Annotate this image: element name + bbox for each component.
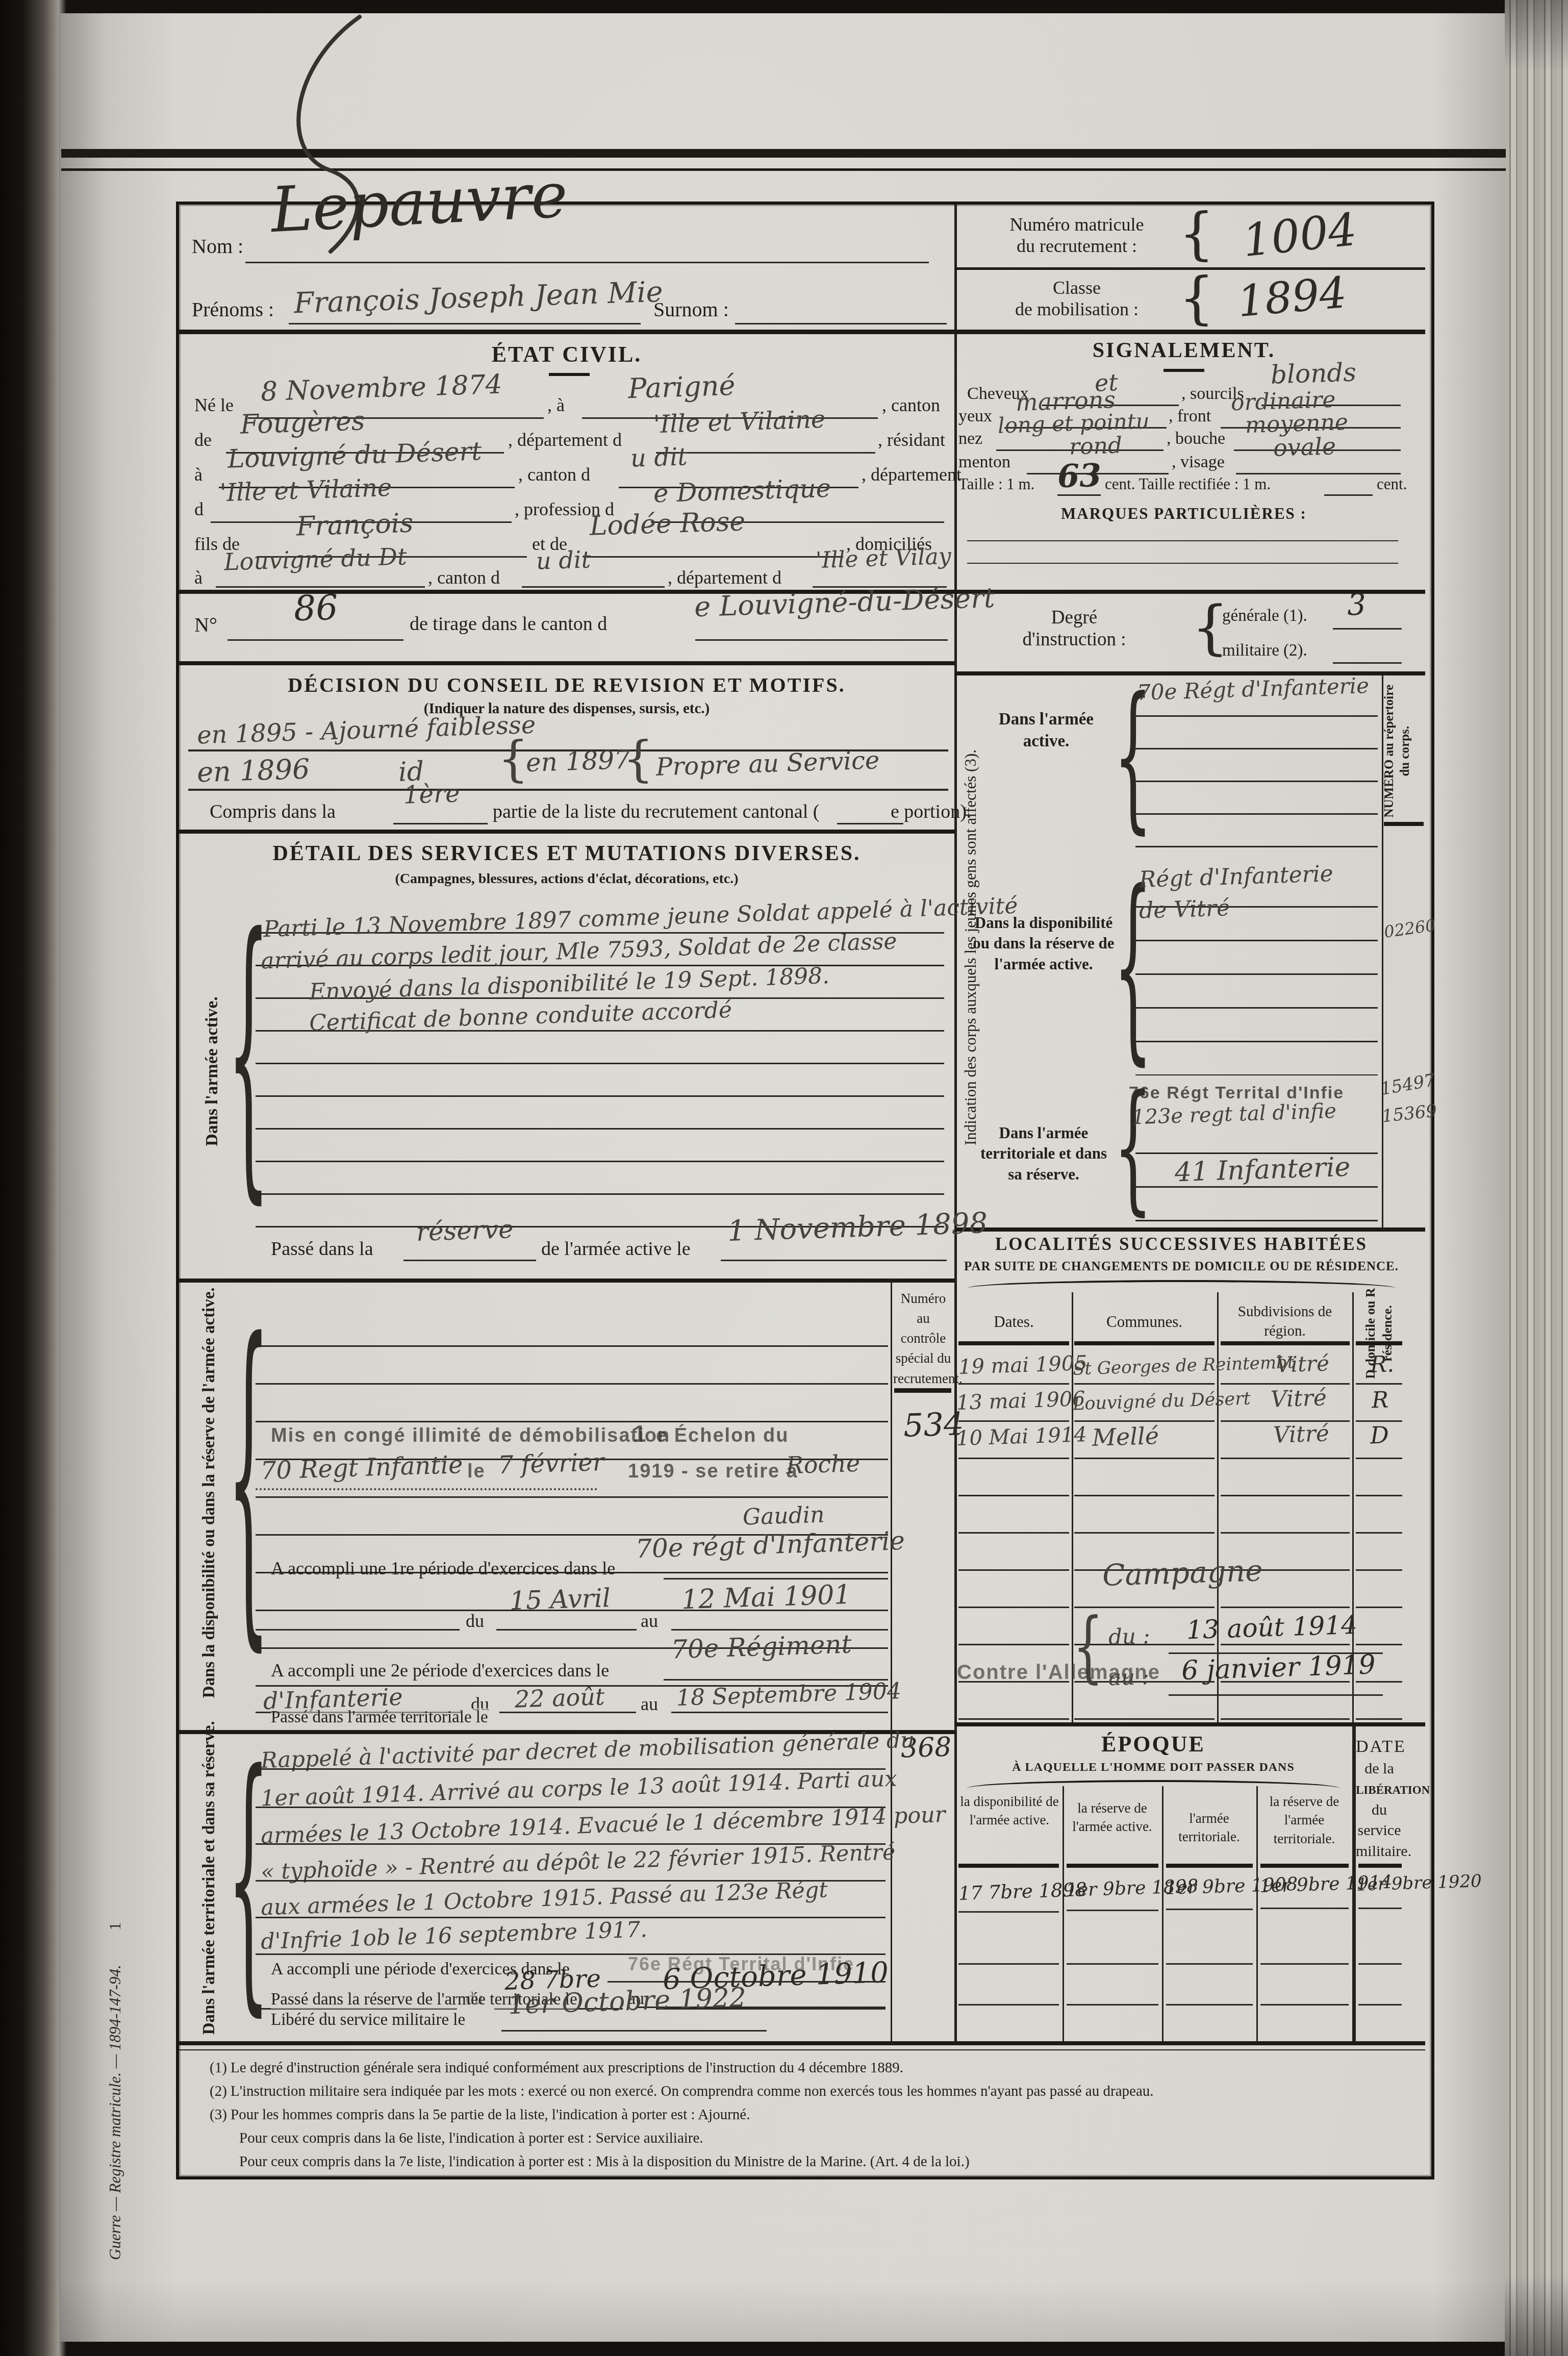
periode1-label: A accompli une 1re période d'exercices d… (271, 1558, 615, 1579)
nom-line (245, 262, 929, 263)
line (671, 1712, 888, 1713)
visage-value: ovale (1273, 432, 1336, 462)
epoque-col1-header: la disponibilité de l'armée active. (958, 1792, 1060, 1829)
margin-page-number: 1 (106, 1922, 124, 1931)
footnote-5: Pour ceux compris dans la 7e liste, l'in… (239, 2153, 970, 2170)
sourcils-value: blonds (1270, 357, 1357, 389)
matricule-form: Nom : Lepauvre Prénoms : François Joseph… (176, 202, 1434, 2179)
line (1324, 494, 1373, 496)
campagne-au-value: 6 janvier 1919 (1181, 1649, 1376, 1686)
taille-value: 63 (1057, 457, 1102, 495)
demob-stamp-1: Mis en congé illimité de démobilisation (271, 1425, 670, 1447)
nom-value: Lepauvre (269, 159, 570, 246)
localites-row-dr: R (1371, 1387, 1389, 1413)
rule-footnotes-top2 (179, 2049, 1425, 2050)
date-header-1: DATE (1356, 1737, 1406, 1756)
rule-corps-bottom (954, 1227, 1425, 1232)
compris-label-b: partie de la liste du recrutement canton… (493, 800, 819, 823)
periode2-au-label: au (641, 1693, 658, 1715)
taille-label3: cent. (1377, 475, 1407, 493)
tirage-no-value: 86 (293, 588, 339, 630)
taille-label: Taille : 1 m. (958, 475, 1034, 493)
matricule-value: 1004 (1240, 203, 1359, 267)
epoque-empty-lines (1067, 1924, 1158, 2041)
compris-value: 1ère (403, 779, 460, 809)
decision-hw2: en 1896 (196, 753, 310, 789)
demob-roche-value: Roche (786, 1449, 861, 1480)
campagne-value: Campagne (1102, 1553, 1263, 1593)
line (227, 639, 403, 641)
page-stack-edges (1505, 0, 1568, 2356)
book-spine (0, 0, 66, 2356)
localites-row-subdiv: Vitré (1273, 1420, 1329, 1448)
departement2-value: 'Ille et Vilaine (219, 473, 392, 508)
line (721, 1260, 947, 1261)
yeux-label: yeux (958, 407, 992, 426)
menton-value: rond (1069, 432, 1123, 460)
domicile-canton-label: , canton d (428, 567, 500, 588)
line (256, 1917, 886, 1918)
ne-le-label: Né le (194, 394, 234, 416)
passe-reserve-label-b: de l'armée active le (541, 1238, 691, 1260)
line (501, 2030, 767, 2032)
localites-row-date: 13 mai 1906 (956, 1387, 1085, 1415)
prenoms-label: Prénoms : (192, 297, 274, 321)
line (1067, 1910, 1158, 1911)
domicile-value: Louvigné du Dt (223, 542, 407, 575)
a-label: , à (547, 394, 565, 416)
line (216, 586, 425, 588)
terr-hw1: Rappelé à l'activité par decret de mobil… (261, 1727, 915, 1773)
epoque-col-divider (1162, 1786, 1164, 2041)
epoque-empty-lines (958, 1924, 1059, 2041)
epoque-col3-header: l'armée territoriale. (1165, 1809, 1254, 1846)
localites-header-rule (958, 1341, 1069, 1345)
campagne-au-label: au : (1108, 1664, 1149, 1690)
corps-b2-value2: de Vitré (1139, 895, 1230, 924)
periode2-from: 22 août (514, 1683, 605, 1713)
decision-hw3: en 1897 (525, 745, 631, 778)
bouche-label: , bouche (1167, 429, 1225, 448)
classe-brace: { (1179, 270, 1215, 326)
periode1-to: 12 Mai 1901 (681, 1580, 851, 1615)
scanned-register-page: Guerre — Registre matricule. — 1894-147-… (0, 0, 1568, 2356)
corps-numero-rule (1384, 822, 1424, 826)
date-header-4: du service (1358, 1801, 1401, 1839)
localites-header-rule (1074, 1341, 1215, 1345)
ne-le-value: 8 Novembre 1874 (260, 369, 502, 408)
line (496, 1629, 637, 1631)
epoque-subtitle: À LAQUELLE L'HOMME DOIT PASSER DANS (959, 1761, 1347, 1774)
localites-title: LOCALITÉS SUCCESSIVES HABITÉES (959, 1234, 1403, 1255)
margin-imprint-text: Guerre — Registre matricule. — 1894-147-… (106, 1965, 124, 2260)
periode1-from: 15 Avril (509, 1583, 611, 1616)
localites-row-date: 10 Mai 1914 (956, 1423, 1087, 1450)
departement2-label: , département (862, 464, 962, 485)
residant-label: , résidant (878, 429, 945, 450)
corps-b1-lines (1135, 684, 1378, 850)
pere-value: François (296, 508, 414, 542)
compris-label-c: e portion). (891, 800, 971, 823)
menton-label: menton (958, 453, 1010, 472)
epoque-empty-lines (1166, 1924, 1253, 2041)
surnom-label: Surnom : (653, 297, 729, 321)
localites-row-subdiv: Vitré (1270, 1385, 1327, 1412)
periode1-du-label: du (466, 1610, 484, 1632)
classe-label-2: de mobilisation : (1015, 299, 1139, 319)
line (664, 1578, 888, 1580)
campagne-du-value: 13 août 1914 (1186, 1610, 1358, 1645)
corps-b2-num: 02260 (1383, 915, 1437, 942)
etat-civil-ornament (549, 373, 590, 376)
line (1333, 628, 1402, 630)
rule-decision-bottom (179, 830, 954, 834)
demob-stamp-2: 1919 - se retire à (628, 1461, 798, 1483)
services-subtitle: (Campagnes, blessures, actions d'éclat, … (210, 871, 924, 887)
line (1260, 1908, 1349, 1909)
dispo-num-header: Numéro au contrôle spécial du recrutemen… (893, 1289, 953, 1389)
decision-brace2: { (623, 735, 653, 784)
surnom-line (735, 323, 947, 324)
epoque-empty-lines (1260, 1924, 1349, 2041)
date-header-5: militaire. (1356, 1843, 1411, 1860)
instruction-label-2: d'instruction : (1023, 629, 1126, 650)
terr-side-label: Dans l'armée territoriale et dans sa rés… (199, 1699, 220, 2057)
date-header-2: de la (1364, 1760, 1394, 1777)
canton-value: Fougères (240, 406, 365, 440)
residence-a-label: à (194, 464, 203, 485)
nez-label: nez (958, 429, 982, 448)
classe-label-1: Classe (1053, 278, 1101, 298)
line (256, 1629, 460, 1631)
marques-label: MARQUES PARTICULIÈRES : (965, 505, 1403, 523)
localites-header-rule (1221, 1341, 1350, 1345)
departement-value: 'Ille et Vilaine (653, 405, 826, 439)
compris-label-a: Compris dans la (210, 800, 336, 823)
periode2-value: 70e Régiment (671, 1629, 852, 1664)
corps-b2-label: Dans la disponibilité ou dans la réserve… (972, 913, 1115, 974)
localites-ornament (967, 1280, 1396, 1288)
epoque-title: ÉPOQUE (959, 1731, 1347, 1757)
services-title: DÉTAIL DES SERVICES ET MUTATIONS DIVERSE… (210, 841, 924, 866)
epoque-header-rule (1358, 1864, 1402, 1868)
corps-b3-value2: 41 Infanterie (1174, 1152, 1351, 1188)
demob-le-stamp: le (467, 1461, 486, 1483)
campagne-du-label: du : (1108, 1623, 1150, 1650)
line (1358, 1908, 1402, 1909)
terr-hw2: 1er août 1914. Arrivé au corps le 13 aoû… (261, 1766, 898, 1811)
line (967, 540, 1398, 541)
profession-value: e Domestique (653, 473, 831, 509)
signalement-ornament (1164, 369, 1204, 372)
decision-subtitle: (Indiquer la nature des dispenses, sursi… (210, 700, 924, 717)
line (695, 639, 948, 641)
dispo-numcol-divider (891, 1279, 892, 2041)
date-header-3: LIBÉRATION (1356, 1784, 1430, 1796)
line (583, 556, 843, 558)
tirage-no-label: N° (194, 613, 217, 637)
localites-col-subdiv: Subdivisions de région. (1221, 1302, 1349, 1341)
taille-label2: cent. Taille rectifiée : 1 m. (1105, 475, 1271, 493)
instruction-label: Degré d'instruction : (967, 607, 1181, 650)
canton2-label: , canton d (518, 464, 590, 485)
demob-gaudin-value: Gaudin (742, 1501, 825, 1530)
militaire-label: militaire (2). (1222, 641, 1307, 660)
matricule-brace: { (1179, 206, 1215, 262)
lieu-naissance-value: Parigné (627, 369, 736, 405)
demob-stamp-1c: e Échelon du (656, 1425, 789, 1447)
matricule-label: Numéro matricule du recrutement : (975, 214, 1179, 257)
domicile-dept-value: 'Ille et Vilay (815, 543, 951, 573)
line (403, 1260, 536, 1261)
demob-date-value: 7 février (497, 1448, 604, 1480)
rule-footnotes-top (179, 2041, 1425, 2045)
canton2-value: u dit (630, 442, 688, 472)
canton-label: , canton (882, 394, 940, 416)
d-label: d (194, 498, 204, 520)
passe-reserve-label-a: Passé dans la (271, 1238, 373, 1260)
footnote-3: (3) Pour les hommes compris dans la 5e p… (210, 2107, 750, 2123)
generale-label: générale (1). (1222, 607, 1307, 625)
margin-imprint: Guerre — Registre matricule. — 1894-147-… (106, 1922, 124, 2260)
dispo-side-label: Dans la disponibilité ou dans la réserve… (199, 1284, 220, 1702)
decision-title: DÉCISION DU CONSEIL DE REVISION ET MOTIF… (210, 673, 924, 697)
epoque-date-header: DATE de la LIBÉRATION du service militai… (1356, 1735, 1403, 1862)
residence-value: Louvigné du Désert (227, 436, 482, 474)
corps-b3-num2: 15369 (1381, 1100, 1438, 1126)
rule-localites-bottom (954, 1722, 1425, 1726)
line (967, 563, 1398, 564)
domicile-canton-value: u dit (536, 545, 591, 574)
localites-row-subdiv: Vitré (1275, 1350, 1329, 1377)
terr-hw6: d'Infrie 1ob le 16 septembre 1917. (260, 1917, 647, 1954)
line (393, 823, 488, 824)
dispo-num-rule (894, 1388, 951, 1393)
rule-active-bottom (179, 1279, 954, 1283)
demob-stamp-1b: 1 (633, 1420, 647, 1447)
departement-label: , département d (508, 429, 622, 450)
line (188, 789, 948, 791)
line (837, 823, 903, 824)
domicile-dept-label: , département d (668, 567, 781, 588)
passe-territoriale-label: Passé dans l'armée territoriale le (271, 1708, 488, 1727)
epoque-header-rule (1166, 1864, 1253, 1868)
epoque-empty-lines (1358, 1924, 1402, 2041)
generale-value: 3 (1347, 587, 1367, 622)
classe-label: Classe de mobilisation : (975, 277, 1179, 320)
line (1166, 1909, 1253, 1910)
corps-numero-label: NUMÉRO au répertoire du corps. (1381, 680, 1413, 822)
libere-label: Libéré du service militaire le (271, 2011, 465, 2029)
nom-label: Nom : (192, 234, 243, 258)
epoque-header-rule (1260, 1864, 1349, 1868)
epoque-col-divider (1063, 1786, 1064, 2041)
localites-col-communes: Communes. (1074, 1313, 1215, 1331)
matricule-label-2: du recrutement : (1017, 236, 1137, 256)
prenoms-value: François Joseph Jean Mie (293, 275, 663, 320)
etat-civil-title: ÉTAT CIVIL. (363, 341, 771, 367)
localites-header-rule (1356, 1341, 1402, 1345)
line (1169, 1694, 1383, 1696)
footnote-1: (1) Le degré d'instruction générale sera… (210, 2060, 903, 2076)
localites-subtitle: PAR SUITE DE CHANGEMENTS DE DOMICILE OU … (959, 1260, 1403, 1274)
matricule-label-1: Numéro matricule (1010, 214, 1144, 235)
corps-b1-label: Dans l'armée active. (975, 709, 1118, 753)
line (656, 452, 875, 454)
line (1333, 662, 1402, 664)
epoque-col-divider (1256, 1786, 1258, 2041)
localites-col-dates: Dates. (958, 1313, 1069, 1331)
rule-tirage-bottom (179, 661, 954, 665)
epoque-ornament (967, 1780, 1339, 1788)
instruction-label-1: Degré (1051, 607, 1097, 628)
localites-row-date: 19 mai 1905 (958, 1351, 1088, 1379)
epoque-header-rule (1067, 1864, 1158, 1868)
demob-dotted-line (256, 1488, 597, 1490)
epoque-header-rule (958, 1864, 1059, 1868)
corps-b3-num1: 15497 (1379, 1070, 1436, 1099)
classe-value: 1894 (1235, 267, 1349, 327)
services-side-label: Dans l'armée active. (203, 964, 222, 1179)
epoque-col2-header: la réserve de l'armée active. (1065, 1799, 1159, 1836)
passe-reserve-value1: réserve (416, 1214, 514, 1247)
dispo-num-value: 534 (903, 1405, 965, 1444)
line (671, 1629, 888, 1631)
epoque-col4-header: la réserve de l'armée territoriale. (1259, 1792, 1350, 1848)
prenoms-line (289, 323, 641, 324)
line (522, 586, 665, 588)
localites-row-dr: R. (1370, 1351, 1395, 1377)
de-label: de (194, 429, 212, 450)
mere-value: Lodée Rose (589, 506, 746, 542)
localites-row-dr: D (1370, 1421, 1389, 1449)
footnote-2: (2) L'instruction militaire sera indiqué… (210, 2083, 1154, 2100)
footnote-4: Pour ceux compris dans la 6e liste, l'in… (239, 2130, 703, 2147)
front-label: , front (1169, 407, 1211, 426)
line (1236, 473, 1401, 474)
domicile-a-label: à (194, 567, 203, 588)
tirage-text: de tirage dans le canton d (410, 613, 607, 635)
localites-row-commune: Mellé (1092, 1422, 1159, 1451)
decision-brace1: { (498, 735, 528, 784)
corps-b3-label: Dans l'armée territoriale et dans sa rés… (972, 1123, 1115, 1185)
rule-header-bottom (179, 330, 1425, 334)
visage-label: , visage (1172, 453, 1225, 472)
epoque-date-value: 1er 9bre 1920 (1356, 1871, 1482, 1895)
terr-hw5: aux armées le 1 Octobre 1915. Passé au 1… (260, 1877, 828, 1921)
periode1-au-label: au (641, 1610, 658, 1632)
periode2-label: A accompli une 2e période d'exercices da… (271, 1660, 609, 1681)
line (958, 1911, 1059, 1913)
